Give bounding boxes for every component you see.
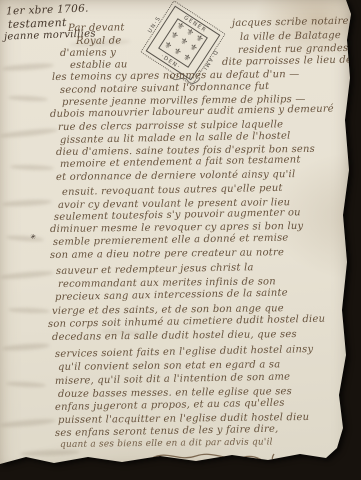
manuscript-line: establie au — [70, 60, 128, 71]
manuscript-line: son ame a dieu notre pere createur au no… — [50, 248, 284, 261]
manuscript-line: jacques scribe notaire — [232, 17, 349, 29]
manuscript-line: memoire et entendement a fait son testam… — [60, 155, 301, 170]
manuscript-line: la ville de Balatage — [240, 31, 341, 43]
ink-bleedthrough — [8, 95, 48, 102]
manuscript-line: decedans en la salle dudit hostel dieu, … — [52, 330, 297, 343]
manuscript-line: son corps soit inhumé au cimetiere dudit… — [48, 315, 325, 330]
scanned-manuscript-page: 1er xbre 1706. testament jeanne morvilli… — [0, 0, 361, 480]
manuscript-line: Par devant — [68, 23, 125, 34]
ink-bleedthrough — [2, 199, 52, 208]
manuscript-line: precieux sang aux intercessions de la sa… — [55, 289, 288, 303]
manuscript-line: ensuit. revoquant tous autres qu'elle pe… — [62, 184, 283, 198]
manuscript-line: sauveur et redempteur jesus christ la — [56, 263, 254, 277]
ink-bleedthrough — [6, 381, 46, 388]
ink-bleedthrough — [8, 307, 50, 313]
signature-flourish — [148, 448, 298, 466]
manuscript-line: et ordonnance de derniere volonté ainsy … — [56, 170, 295, 183]
ink-bleedthrough — [10, 164, 54, 171]
manuscript-line: dite parroisses le lieu de — [222, 56, 352, 68]
ink-bleedthrough — [2, 62, 54, 72]
ink-bleedthrough — [0, 127, 58, 139]
ink-bleedthrough — [20, 449, 80, 457]
ink-bleedthrough — [6, 235, 44, 243]
ink-bleedthrough — [0, 270, 54, 281]
margin-note-date: 1er xbre 1706. — [6, 3, 89, 18]
manuscript-line: qu'il convient selon son etat en egard a… — [58, 360, 281, 373]
paper-shadow: 1er xbre 1706. testament jeanne morvilli… — [0, 0, 361, 480]
manuscript-line: Royal de — [76, 36, 122, 47]
manuscript-line: d'amiens y — [60, 48, 116, 59]
manuscript-line: services soient faits en l'eglise dudit … — [55, 345, 314, 360]
manuscript-line: semble premierement elle a donné et remi… — [53, 233, 289, 248]
paper-sheet: 1er xbre 1706. testament jeanne morvilli… — [0, 0, 361, 480]
manuscript-line: misere, qu'il soit dit a l'intention de … — [55, 372, 290, 387]
manuscript-line: enfans jugeront a propos, et au cas qu'e… — [55, 399, 285, 413]
margin-mark: ✳ — [29, 232, 37, 241]
ink-bleedthrough — [0, 418, 56, 429]
ink-bleedthrough — [2, 342, 50, 351]
